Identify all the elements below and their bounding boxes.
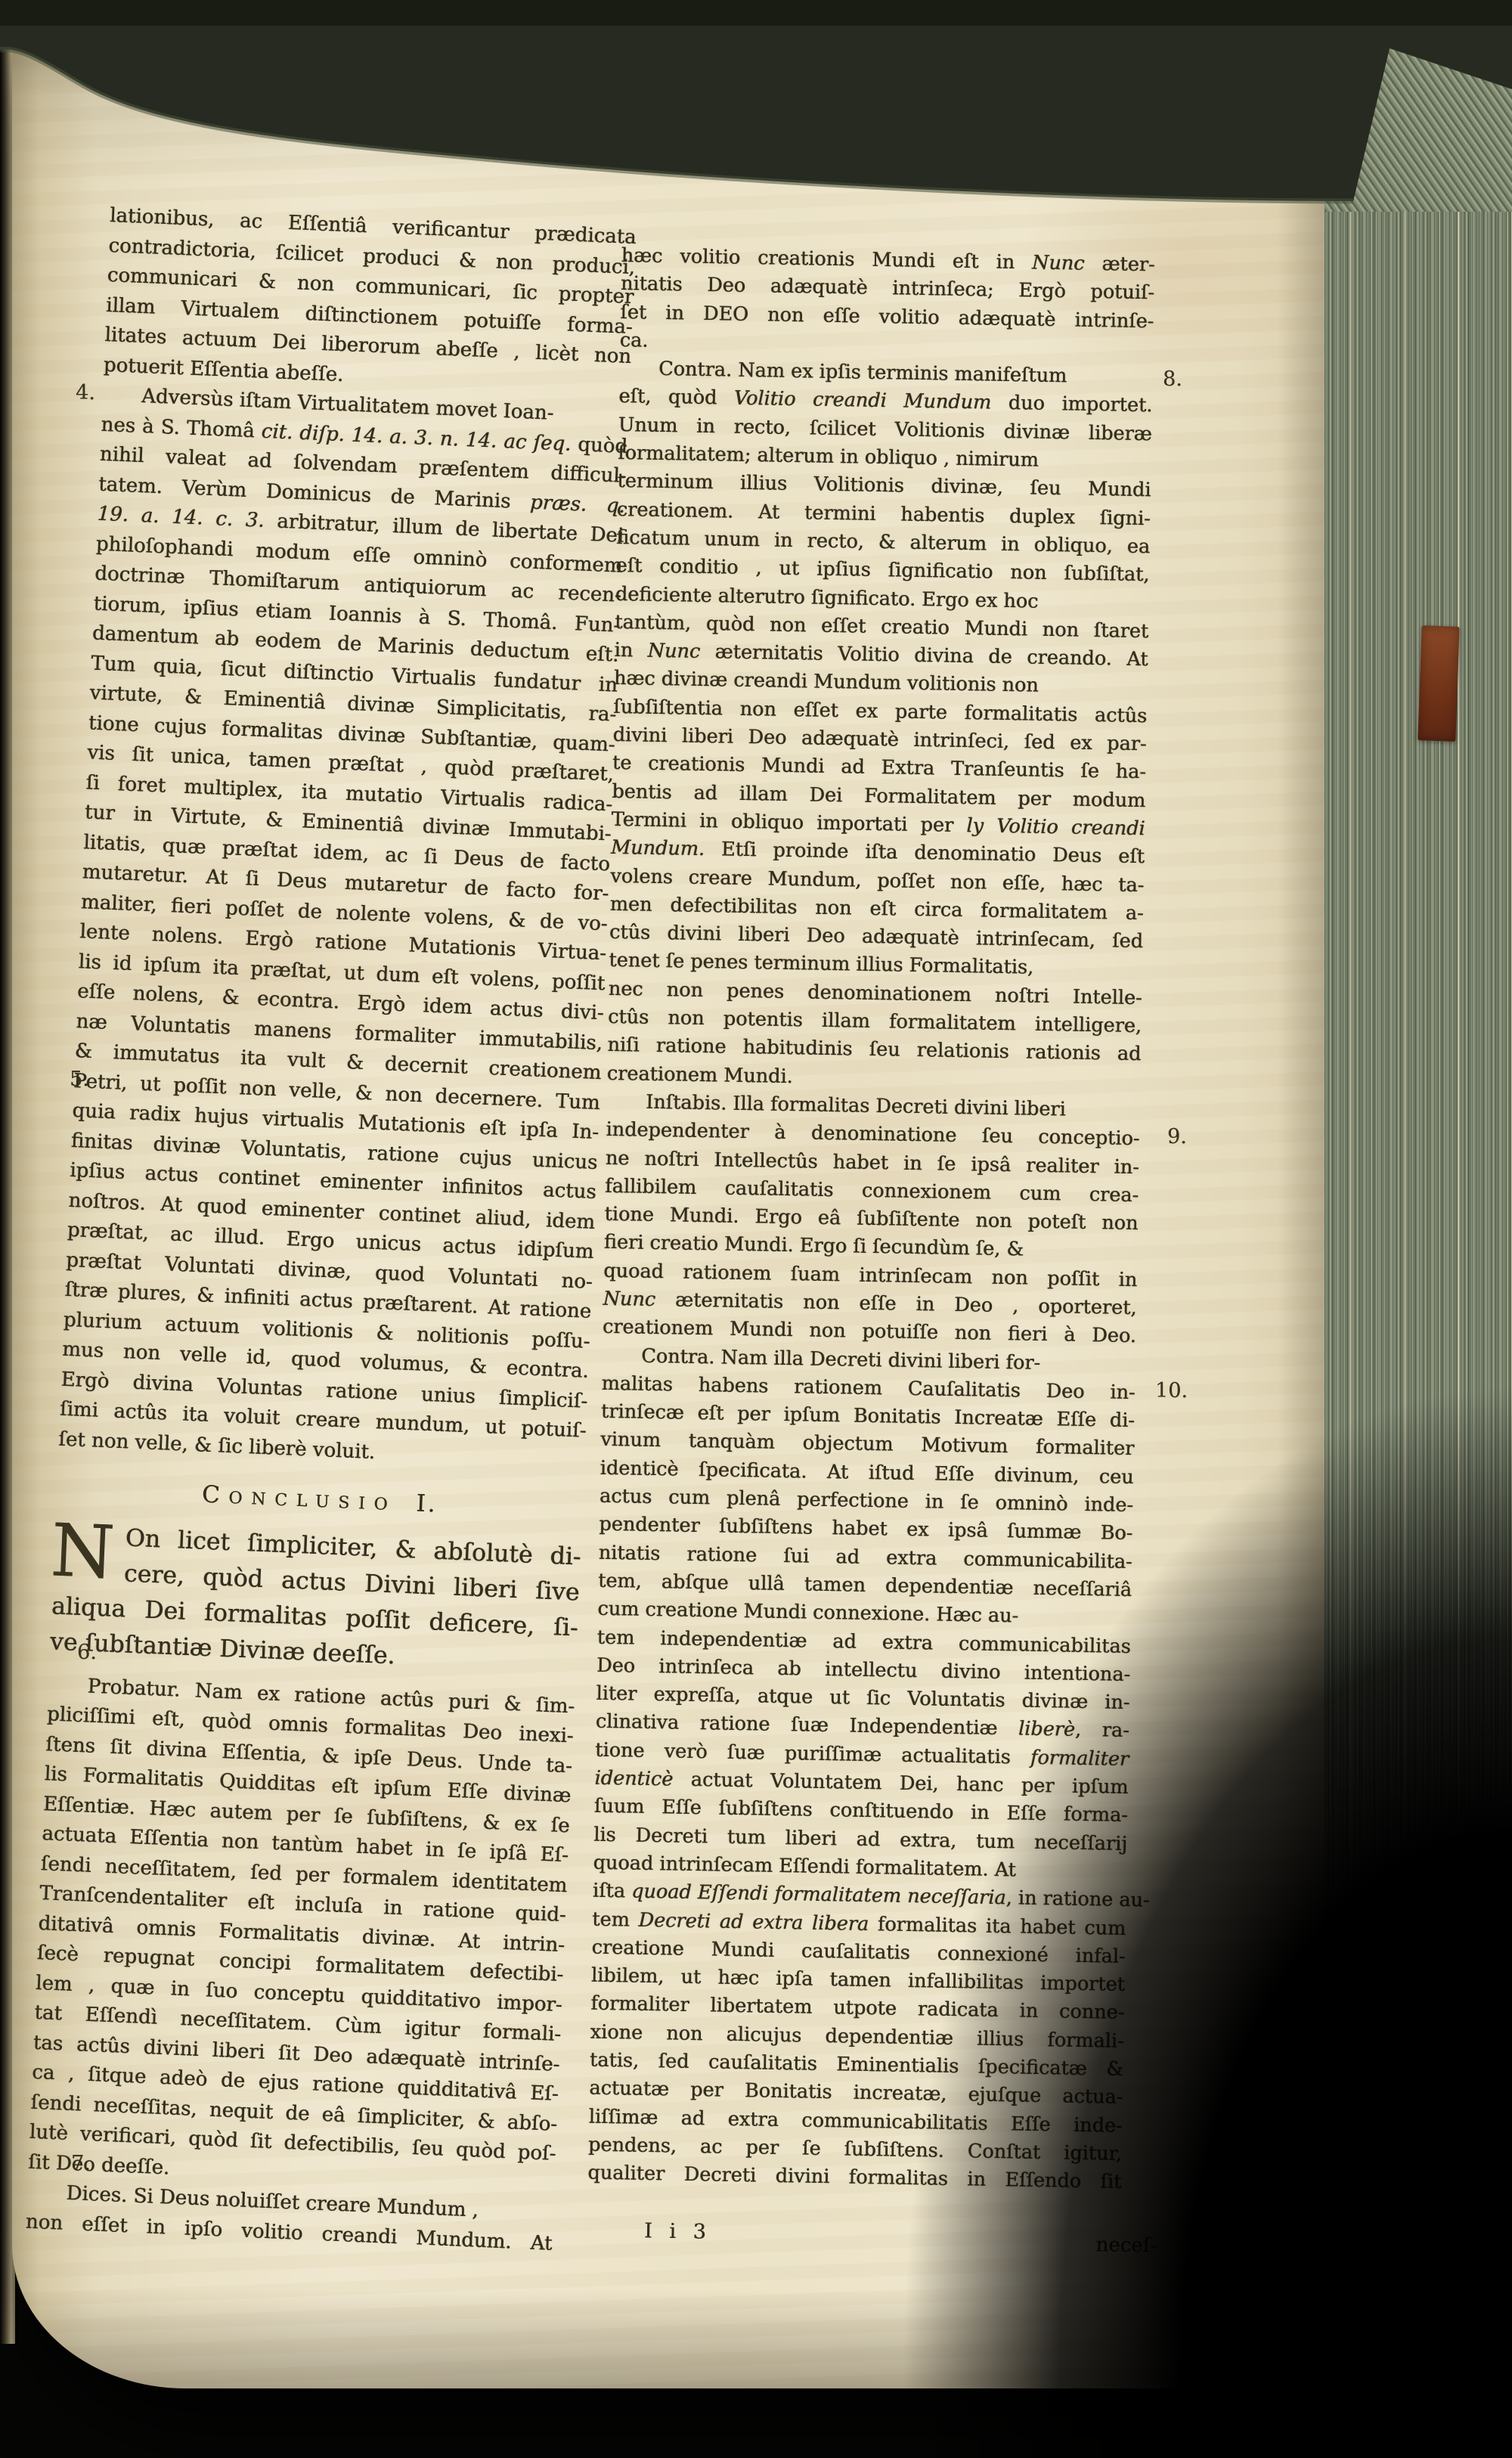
left-column: lationibus, ac Eſſentiâ verificantur præ… [25,201,637,2259]
catchword: neceſ- [1018,2232,1157,2257]
book-fore-edge [1325,21,1512,2388]
conclusio-statement-lines: On licet ſimpliciter, & abſolutè di-cere… [49,1517,581,1682]
signature-mark: I i 3 [644,2219,711,2244]
right-column: hæc volitio creationis Mundi eſt in Nunc… [587,242,1155,2196]
left-column-text-bottom: Probatur. Nam ex ratione actûs puri & ſi… [25,1670,575,2259]
right-column-text: hæc volitio creationis Mundi eſt in Nunc… [587,242,1155,2196]
margin-number: 4. [76,381,95,405]
book-top-edge [0,0,1512,227]
drop-cap: N [50,1519,116,1583]
conclusio-heading-word: Conclusio [201,1481,397,1517]
left-column-text-top: lationibus, ac Eſſentiâ verificantur præ… [58,201,637,1477]
margin-number: 10. [1155,1379,1188,1403]
margin-number: 9. [1167,1125,1187,1148]
scanned-book-page: De Voluntate Dei. De Voluntate Dei. 253 … [0,0,1512,2458]
conclusio-heading: ConclusioI. [56,1474,584,1527]
page-content: De Voluntate Dei. De Voluntate Dei. 253 … [12,26,1331,2388]
conclusio-statement: N On licet ſimpliciter, & abſolutè di-ce… [49,1517,581,1682]
book-page: De Voluntate Dei. De Voluntate Dei. 253 … [12,26,1331,2388]
margin-number: 8. [1163,367,1182,391]
conclusio-heading-numeral: I. [416,1489,438,1517]
bookmark-tab [1417,625,1459,742]
